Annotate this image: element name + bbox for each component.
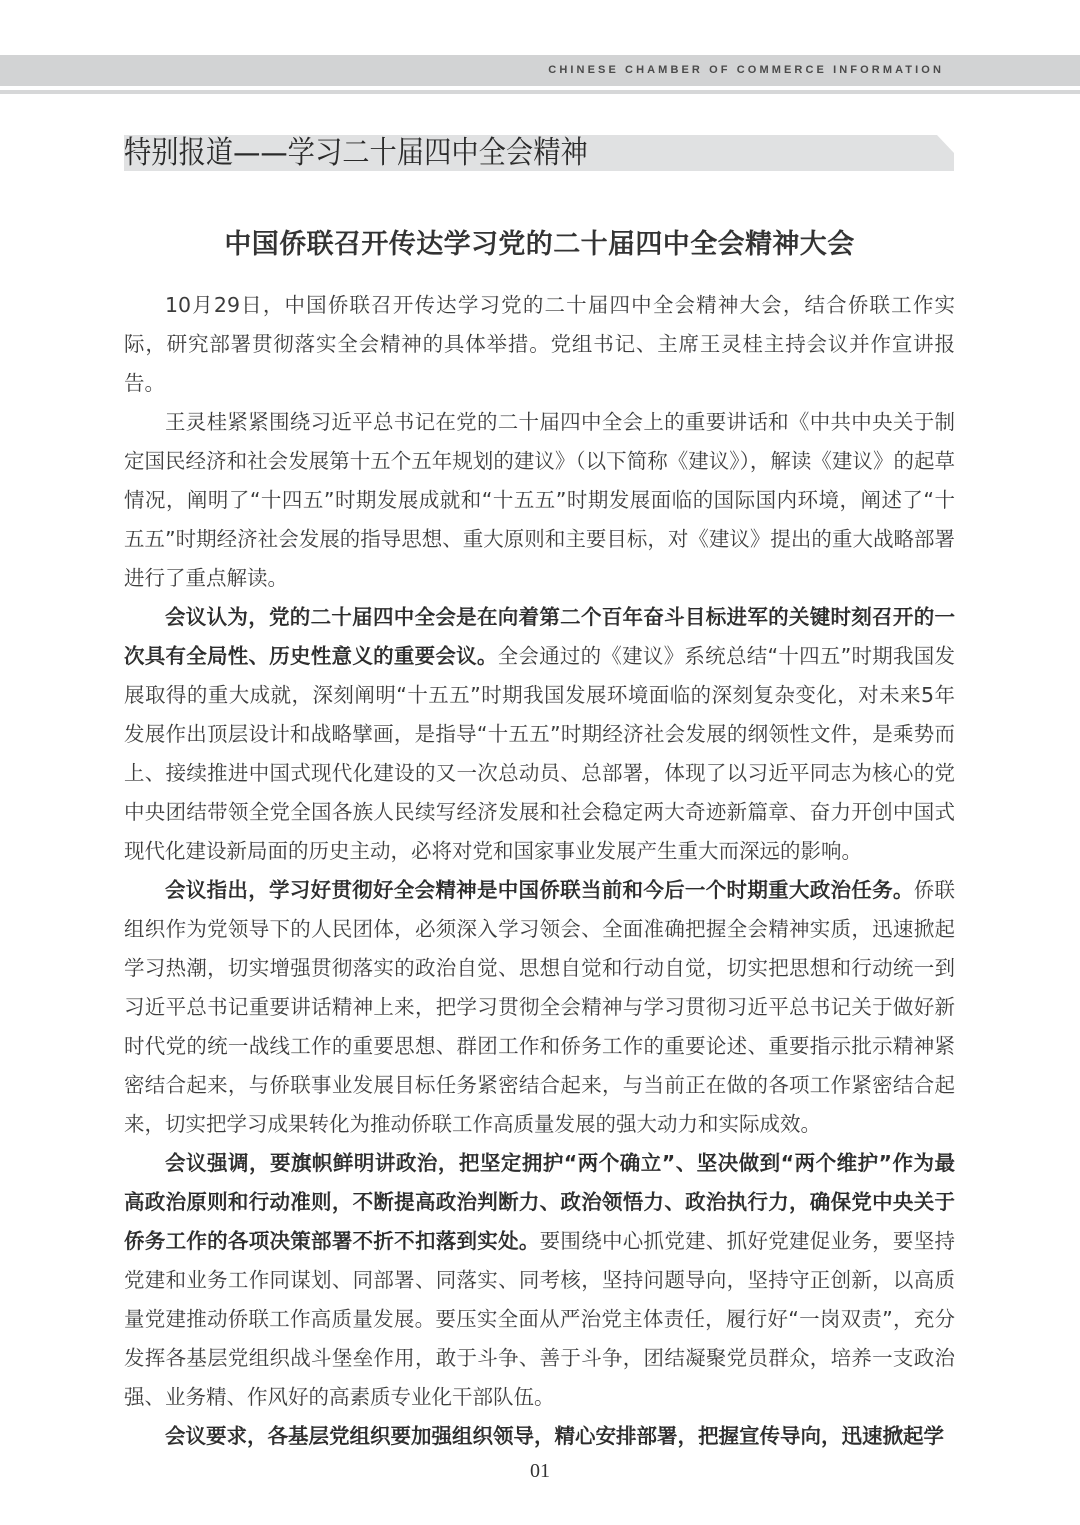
paragraph-1: 10月29日，中国侨联召开传达学习党的二十届四中全会精神大会，结合侨联工作实际，… <box>124 286 955 403</box>
section-title: 特别报道——学习二十届四中全会精神 <box>124 133 588 169</box>
section-banner: 特别报道——学习二十届四中全会精神 <box>124 135 954 171</box>
paragraph-3: 会议认为，党的二十届四中全会是在向着第二个百年奋斗目标进军的关键时刻召开的一次具… <box>124 598 955 871</box>
page-number: 01 <box>0 1460 1080 1483</box>
paragraph-6: 会议要求，各基层党组织要加强组织领导，精心安排部署，把握宣传导向，迅速掀起学 <box>124 1417 955 1456</box>
article-title: 中国侨联召开传达学习党的二十届四中全会精神大会 <box>124 222 955 261</box>
paragraph-5: 会议强调，要旗帜鲜明讲政治，把坚定拥护“两个确立”、坚决做到“两个维护”作为最高… <box>124 1144 955 1417</box>
article-body: 10月29日，中国侨联召开传达学习党的二十届四中全会精神大会，结合侨联工作实际，… <box>124 286 955 1456</box>
paragraph-lead: 会议指出，学习好贯彻好全会精神是中国侨联当前和今后一个时期重大政治任务。 <box>165 878 914 902</box>
publication-name: CHINESE CHAMBER OF COMMERCE INFORMATION <box>548 55 944 86</box>
paragraph-text: 10月29日，中国侨联召开传达学习党的二十届四中全会精神大会，结合侨联工作实际，… <box>124 293 955 395</box>
publication-header-band: CHINESE CHAMBER OF COMMERCE INFORMATION <box>0 55 1080 86</box>
paragraph-text: 王灵桂紧紧围绕习近平总书记在党的二十届四中全会上的重要讲话和《中共中央关于制定国… <box>124 410 955 590</box>
paragraph-text: 要围绕中心抓党建、抓好党建促业务，要坚持党建和业务工作同谋划、同部署、同落实、同… <box>124 1229 955 1409</box>
paragraph-text: 侨联组织作为党领导下的人民团体，必须深入学习领会、全面准确把握全会精神实质，迅速… <box>124 878 955 1136</box>
paragraph-text: 全会通过的《建议》系统总结“十四五”时期我国发展取得的重大成就，深刻阐明“十五五… <box>124 644 955 863</box>
paragraph-lead: 会议要求，各基层党组织要加强组织领导，精心安排部署，把握宣传导向，迅速掀起学 <box>165 1424 944 1448</box>
paragraph-2: 王灵桂紧紧围绕习近平总书记在党的二十届四中全会上的重要讲话和《中共中央关于制定国… <box>124 403 955 598</box>
paragraph-4: 会议指出，学习好贯彻好全会精神是中国侨联当前和今后一个时期重大政治任务。侨联组织… <box>124 871 955 1144</box>
header-divider <box>0 90 1080 94</box>
